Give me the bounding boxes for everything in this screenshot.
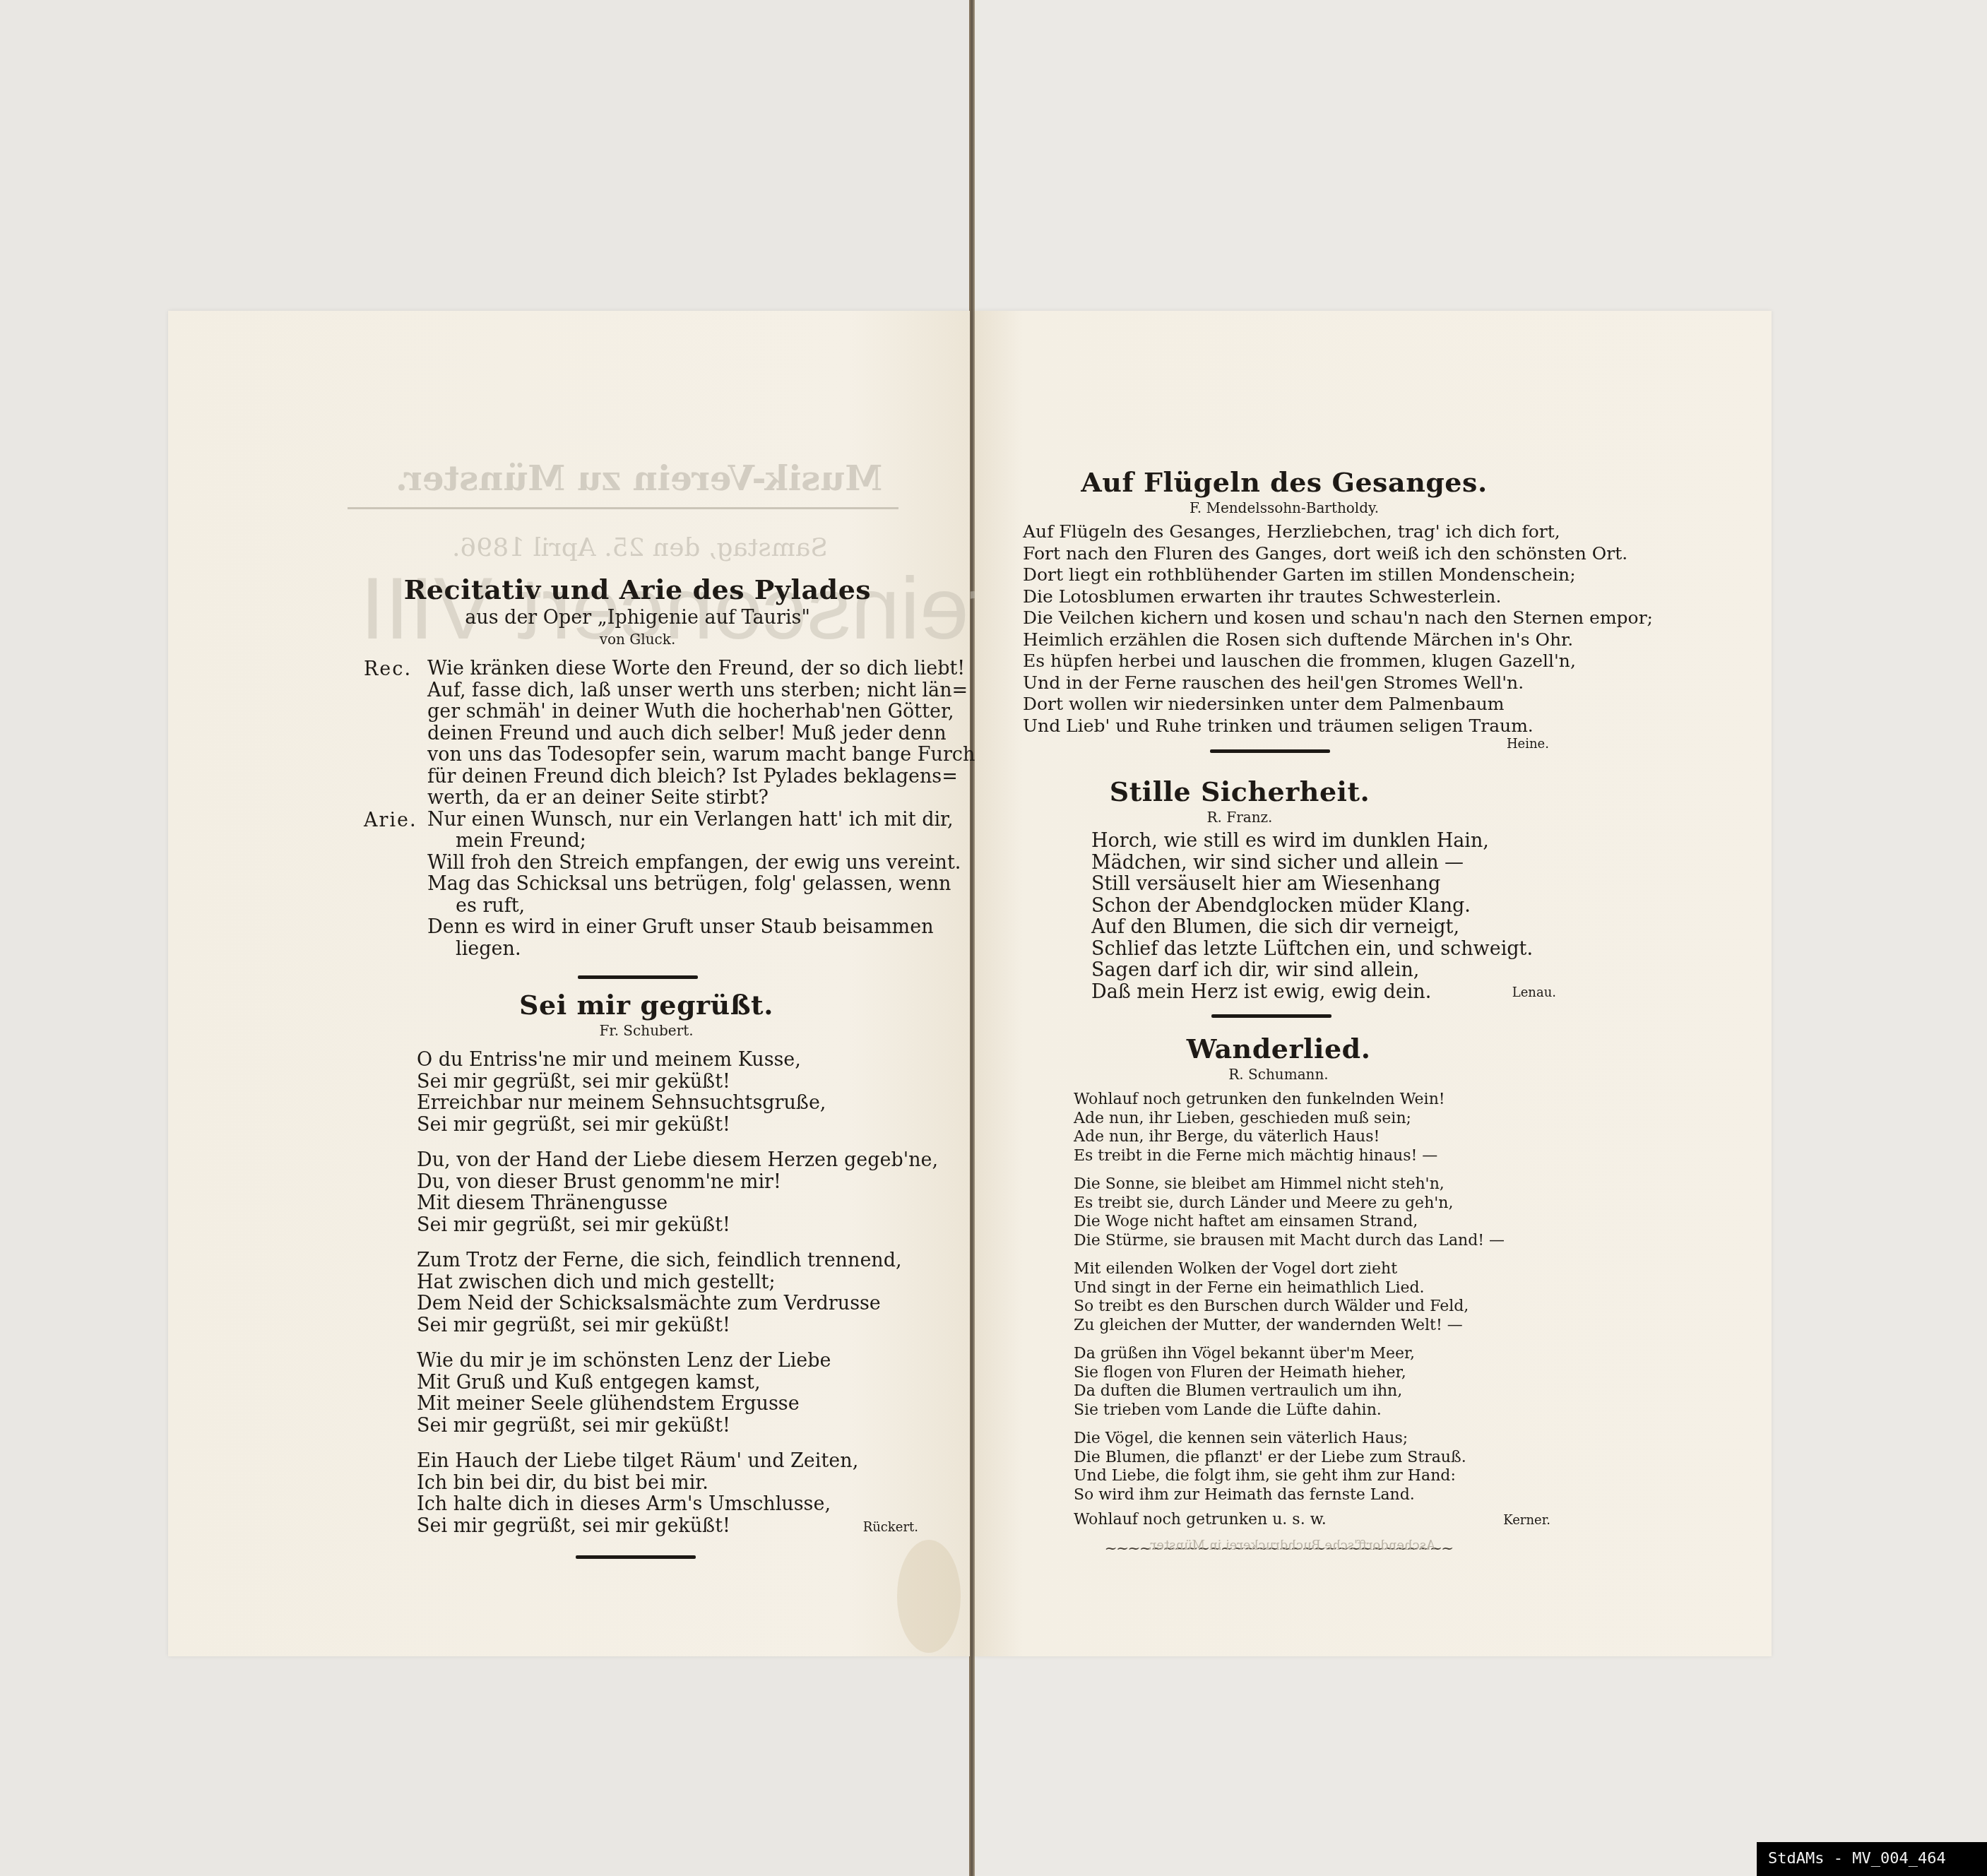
text-line: Ade nun, ihr Lieben, geschieden muß sein… <box>1074 1110 1550 1129</box>
text-line: mein Freund; <box>427 831 911 853</box>
text-line: Es treibt sie, durch Länder und Meere zu… <box>1074 1194 1550 1213</box>
text-line: O du Entriss'ne mir und meinem Kusse, <box>417 1050 918 1071</box>
text-line: Auf, fasse dich, laß unser werth uns ste… <box>427 680 911 702</box>
archive-label: StdAMs - MV_004_464 <box>1757 1842 1987 1876</box>
text-line: Es hüpfen herbei und lauschen die fromme… <box>1023 651 1546 672</box>
show-through-printer: Aschendorff'sche Buchdruckerei in Münste… <box>1148 1538 1435 1553</box>
text-line: Dem Neid der Schicksalsmächte zum Verdru… <box>417 1293 918 1315</box>
text-line: Wie kränken diese Worte den Freund, der … <box>427 658 911 680</box>
text-line: Auf Flügeln des Gesanges, Herzliebchen, … <box>1023 521 1546 543</box>
text-line: Erreichbar nur meinem Sehnsuchtsgruße, <box>417 1093 918 1115</box>
text-line: Mit Gruß und Kuß entgegen kamst, <box>417 1372 918 1394</box>
piece-composer: von Gluck. <box>364 630 911 648</box>
text-line: Dort wollen wir niedersinken unter dem P… <box>1023 694 1546 716</box>
text-line: Ich halte dich in dieses Arm's Umschluss… <box>417 1494 918 1516</box>
text-line: Wohlauf noch getrunken den funkelnden We… <box>1074 1091 1550 1110</box>
piece-composer: R. Schumann. <box>1074 1065 1483 1084</box>
text-line: Und in der Ferne rauschen des heil'gen S… <box>1023 672 1546 694</box>
text-line: Sei mir gegrüßt, sei mir geküßt! <box>417 1215 918 1237</box>
text-line: Wie du mir je im schönsten Lenz der Lieb… <box>417 1350 918 1372</box>
text-line: Mädchen, wir sind sicher und allein — <box>1091 853 1550 874</box>
text-line: Die Lotosblumen erwarten ihr trautes Sch… <box>1023 586 1546 608</box>
text-line: ger schmäh' in deiner Wuth die hocherhab… <box>427 701 911 723</box>
text-line: für deinen Freund dich bleich? Ist Pylad… <box>427 766 911 788</box>
piece-stille-sicherheit: Stille Sicherheit. R. Franz. Horch, wie … <box>1091 776 1550 1018</box>
text-line: Sagen darf ich dir, wir sind allein, <box>1091 960 1550 982</box>
text-line: Denn es wird in einer Gruft unser Staub … <box>427 917 911 939</box>
text-line: liegen. <box>427 939 911 961</box>
text-line: Horch, wie still es wird im dunklen Hain… <box>1091 831 1550 853</box>
recitativ-block: Rec. Wie kränken diese Worte den Freund,… <box>364 658 911 809</box>
book-gutter <box>969 0 975 1876</box>
arie-label: Arie. <box>364 809 417 831</box>
text-line: So wird ihm zur Heimath das fernste Land… <box>1074 1486 1550 1505</box>
text-line: Sei mir gegrüßt, sei mir geküßt! <box>417 1516 918 1538</box>
text-line: Da duften die Blumen vertraulich um ihn, <box>1074 1382 1550 1401</box>
piece-composer: F. Mendelssohn-Bartholdy. <box>1023 499 1546 517</box>
piece-wanderlied: Wanderlied. R. Schumann. Wohlauf noch ge… <box>1074 1033 1550 1557</box>
text-line: Du, von der Hand der Liebe diesem Herzen… <box>417 1150 918 1172</box>
poet-name: Lenau. <box>1512 985 1556 1000</box>
text-line: Sie trieben vom Lande die Lüfte dahin. <box>1074 1401 1550 1420</box>
text-line: werth, da er an deiner Seite stirbt? <box>427 788 911 809</box>
text-line: Nur einen Wunsch, nur ein Verlangen hatt… <box>427 809 911 831</box>
text-line: Sei mir gegrüßt, sei mir geküßt! <box>417 1315 918 1337</box>
piece-title: Auf Flügeln des Gesanges. <box>1023 466 1546 499</box>
text-line: Ich bin bei dir, du bist bei mir. <box>417 1473 918 1495</box>
text-line: Ein Hauch der Liebe tilget Räum' und Zei… <box>417 1451 918 1473</box>
section-divider <box>576 1555 696 1559</box>
text-line: Still versäuselt hier am Wiesenhang <box>1091 874 1550 896</box>
text-line: Du, von dieser Brust genomm'ne mir! <box>417 1172 918 1194</box>
text-line: Sei mir gegrüßt, sei mir geküßt! <box>417 1415 918 1437</box>
text-line: Mit diesem Thränengusse <box>417 1193 918 1215</box>
show-through-header: Musik-Verein zu Münster. <box>396 459 882 499</box>
text-line: Die Blumen, die pflanzt' er der Liebe zu… <box>1074 1449 1550 1468</box>
text-line: Die Sonne, sie bleibet am Himmel nicht s… <box>1074 1175 1550 1194</box>
text-line: Die Vögel, die kennen sein väterlich Hau… <box>1074 1430 1550 1449</box>
text-line: Ade nun, ihr Berge, du väterlich Haus! <box>1074 1128 1550 1147</box>
piece-recitativ: Recitativ und Arie des Pylades aus der O… <box>364 574 911 979</box>
piece-subtitle: aus der Oper „Iphigenie auf Tauris" <box>364 606 911 630</box>
text-line: von uns das Todesopfer sein, warum macht… <box>427 744 911 766</box>
text-line: Und Liebe, die folgt ihm, sie geht ihm z… <box>1074 1467 1550 1486</box>
text-line: Sie flogen von Fluren der Heimath hieher… <box>1074 1364 1550 1383</box>
piece-sei-mir-gegruesst: Sei mir gegrüßt. Fr. Schubert. O du Entr… <box>417 989 918 1559</box>
text-line: Schlief das letzte Lüftchen ein, und sch… <box>1091 939 1550 961</box>
text-line: Da grüßen ihn Vögel bekannt über'm Meer, <box>1074 1345 1550 1364</box>
text-line: deinen Freund und auch dich selber! Muß … <box>427 723 911 745</box>
piece-composer: R. Franz. <box>1049 808 1430 826</box>
text-line: Und Lieb' und Ruhe trinken und träumen s… <box>1023 716 1546 737</box>
text-line: Daß mein Herz ist ewig, ewig dein. <box>1091 982 1550 1004</box>
poet-name: Heine. <box>1507 737 1549 752</box>
text-line: Auf den Blumen, die sich dir verneigt, <box>1091 917 1550 939</box>
text-line: Mit meiner Seele glühendstem Ergusse <box>417 1394 918 1415</box>
poet-name: Rückert. <box>863 1520 918 1535</box>
closing-line: Wohlauf noch getrunken u. s. w. <box>1074 1510 1550 1530</box>
text-line: Heimlich erzählen die Rosen sich duftend… <box>1023 629 1546 651</box>
text-line: Sei mir gegrüßt, sei mir geküßt! <box>417 1115 918 1136</box>
text-line: Fort nach den Fluren des Ganges, dort we… <box>1023 543 1546 565</box>
text-line: Schon der Abendglocken müder Klang. <box>1091 896 1550 918</box>
piece-auf-fluegeln: Auf Flügeln des Gesanges. F. Mendelssohn… <box>1023 466 1546 753</box>
piece-title: Recitativ und Arie des Pylades <box>364 574 911 606</box>
show-through-rule <box>348 507 898 509</box>
text-line: Zum Trotz der Ferne, die sich, feindlich… <box>417 1250 918 1272</box>
text-line: Zu gleichen der Mutter, der wandernden W… <box>1074 1317 1550 1336</box>
text-line: es ruft, <box>427 896 911 918</box>
arie-block: Arie. Nur einen Wunsch, nur ein Verlange… <box>364 809 911 961</box>
piece-composer: Fr. Schubert. <box>374 1021 918 1040</box>
text-line: Sei mir gegrüßt, sei mir geküßt! <box>417 1071 918 1093</box>
rec-label: Rec. <box>364 658 412 680</box>
piece-title: Sei mir gegrüßt. <box>374 989 918 1021</box>
text-line: Mit eilenden Wolken der Vogel dort zieht <box>1074 1260 1550 1279</box>
text-line: Mag das Schicksal uns betrügen, folg' ge… <box>427 874 911 896</box>
text-line: So treibt es den Burschen durch Wälder u… <box>1074 1298 1550 1317</box>
section-divider <box>578 975 698 979</box>
text-line: Die Veilchen kichern und kosen und schau… <box>1023 607 1546 629</box>
text-line: Die Woge nicht haftet am einsamen Strand… <box>1074 1213 1550 1232</box>
text-line: Will froh den Streich empfangen, der ewi… <box>427 853 911 874</box>
text-line: Und singt in der Ferne ein heimathlich L… <box>1074 1279 1550 1298</box>
piece-title: Wanderlied. <box>1074 1033 1483 1065</box>
piece-title: Stille Sicherheit. <box>1049 776 1430 808</box>
poet-name: Kerner. <box>1503 1513 1550 1528</box>
section-divider <box>1211 1014 1331 1018</box>
text-line: Es treibt in die Ferne mich mächtig hina… <box>1074 1147 1550 1166</box>
text-line: Die Stürme, sie brausen mit Macht durch … <box>1074 1232 1550 1251</box>
text-line: Hat zwischen dich und mich gestellt; <box>417 1272 918 1294</box>
text-line: Dort liegt ein rothblühender Garten im s… <box>1023 564 1546 586</box>
